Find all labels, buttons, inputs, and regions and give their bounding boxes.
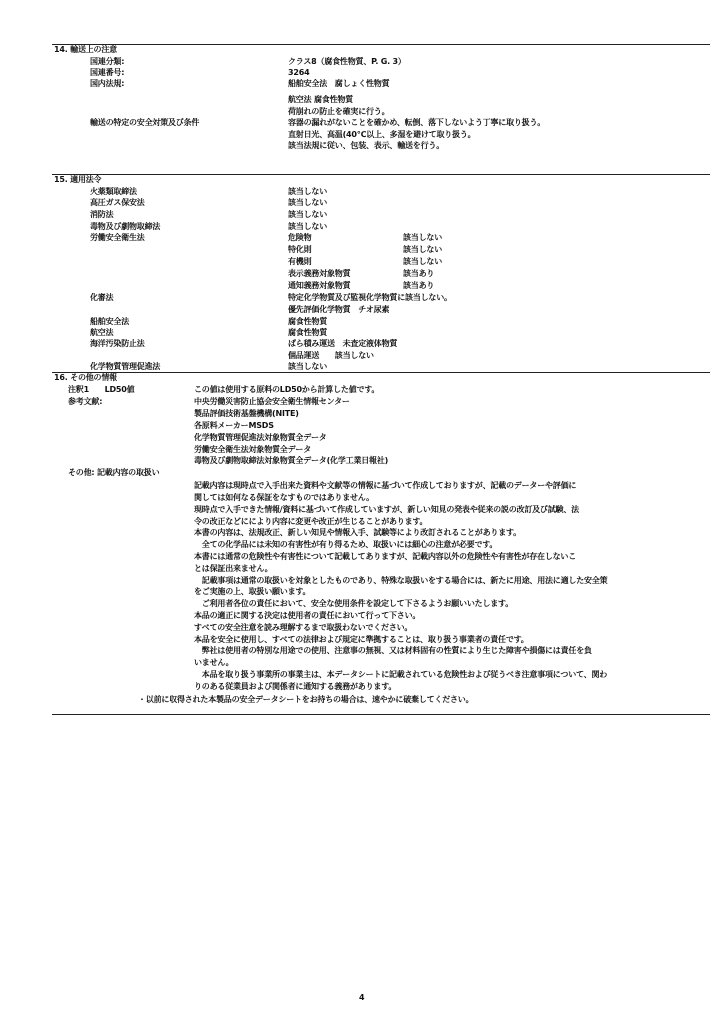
disclaimer-line: 本品を安全に使用し、すべての法律および規定に準拠することは、取り扱う事業者の責任… — [194, 635, 529, 645]
page-number: 4 — [359, 993, 365, 1003]
marine-pollution-law-label: 海洋汚染防止法 — [90, 339, 145, 349]
note1-label: 注釈1 LD50値 — [68, 385, 134, 395]
section-14-top-rule — [52, 44, 710, 45]
labor-item-name: 表示義務対象物質 — [288, 269, 350, 279]
reference-item: 化学物質管理促進法対象物質全データ — [194, 433, 327, 443]
explosives-law-label: 火薬類取締法 — [90, 187, 137, 197]
disclaimer-line: をご実施の上、取扱い願います。 — [194, 587, 310, 597]
aviation-law-value: 航空法 腐食性物質 — [288, 95, 353, 105]
section-15-heading: 15. 適用法令 — [54, 175, 101, 185]
chemical-substances-law-label: 化審法 — [90, 293, 113, 303]
disclaimer-line: 本書の内容は、法規改正、新しい知見や情報入手、試験等により改訂されることがありま… — [194, 528, 521, 538]
special-measures-value-1: 容器の漏れがないことを確かめ、転倒、落下しないよう丁寧に取り扱う。 — [288, 118, 545, 128]
reference-item: 製品評価技術基盤機構(NITE) — [194, 409, 299, 419]
section-15-top-rule — [52, 174, 710, 175]
marine-pollution-law-value: ばら積み運送 未査定液体物質 — [288, 339, 397, 349]
labor-item-status: 該当あり — [403, 269, 434, 279]
reference-item: 各原料メーカーMSDS — [194, 421, 274, 431]
reference-item: 労働安全衛生法対象物質全データ — [194, 445, 311, 455]
disclaimer-line: すべての安全注意を読み理解するまで取扱わないでください。 — [194, 623, 412, 633]
ship-safety-law-value: 腐食性物質 — [288, 317, 327, 327]
fire-service-law-value: 該当しない — [288, 210, 327, 220]
labor-item-name: 危険物 — [288, 233, 311, 243]
aviation-law-label: 航空法 — [90, 328, 113, 338]
disclaimer-line: 本品の適正に関する決定は使用者の責任において行って下さい。 — [194, 611, 420, 621]
section-14-heading: 14. 輸送上の注意 — [54, 45, 117, 55]
special-measures-value-2: 直射日光、高温(40℃以上、多湿を避けて取り扱う。 — [288, 130, 475, 140]
reference-item: 毒物及び劇物取締法対象物質全データ(化学工業日報社) — [194, 456, 388, 466]
special-measures-value-3: 該当法規に従い、包装、表示、輸送を行う。 — [288, 141, 444, 151]
labor-item-name: 有機則 — [288, 257, 311, 267]
disclaimer-line: 全ての化学品には未知の有害性が有り得るため、取扱いには細心の注意が必要です。 — [194, 540, 497, 550]
prtr-law-label: 化学物質管理促進法 — [90, 362, 160, 372]
chemical-substances-law-value-2: 優先評価化学物質 チオ尿素 — [288, 305, 389, 315]
un-number-value: 3264 — [288, 68, 309, 78]
aviation-law-value: 腐食性物質 — [288, 328, 327, 338]
disclaimer-line: 記載内容は現時点で入手出来た資料や文献等の情報に基づいて作成しておりますが、記載… — [194, 481, 576, 491]
references-label: 参考文献: — [68, 397, 102, 407]
labor-item-status: 該当しない — [403, 257, 442, 267]
section-16-heading: 16. その他の情報 — [54, 373, 117, 383]
labor-item-status: 該当しない — [403, 233, 442, 243]
disclaimer-line: 記載事項は通常の取扱いを対象としたものであり、特殊な取扱いをする場合には、新たに… — [194, 576, 607, 586]
poison-law-value: 該当しない — [288, 222, 327, 232]
ship-safety-law-label: 船舶安全法 — [90, 317, 129, 327]
load-collapse-value: 荷崩れの防止を確実に行う。 — [288, 107, 389, 117]
disclaimer-line: 本書には通常の危険性や有害性について記載してありますが、記載内容以外の危険性や有… — [194, 552, 576, 562]
section-16-bottom-rule — [52, 714, 710, 715]
disclaimer-line: 関しては如何なる保証をなすものではありません。 — [194, 493, 374, 503]
other-handling-label: その他: 記載内容の取扱い — [68, 468, 159, 478]
poison-law-label: 毒物及び劇物取締法 — [90, 222, 160, 232]
prtr-law-value: 該当しない — [288, 362, 327, 372]
disclaimer-line: ご利用者各位の責任において、安全な使用条件を設定して下さるようお願いいたします。 — [194, 599, 513, 609]
domestic-regulation-value: 船舶安全法 腐しょく性物質 — [288, 79, 389, 89]
labor-item-name: 特化則 — [288, 245, 311, 255]
special-measures-label: 輸送の特定の安全対策及び条件 — [90, 118, 199, 128]
marine-pollution-law-extra: 個品運送 該当しない — [288, 351, 374, 361]
un-class-label: 国連分類: — [90, 57, 124, 67]
disclaimer-line: 本品を取り扱う事業所の事業主は、本データシートに記載されている危険性および従うべ… — [194, 670, 607, 680]
un-number-label: 国連番号: — [90, 68, 124, 78]
disclaimer-line: 弊社は使用者の特別な用途での使用、注意事の無視、又は材料固有の性質により生じた障… — [194, 646, 592, 656]
disclaimer-line: 現時点で入手できた情報/資料に基づいて作成していますが、新しい知見の発表や従来の… — [194, 505, 579, 515]
un-class-value: クラス8（腐食性物質、P. G. 3） — [288, 57, 406, 67]
labor-item-status: 該当あり — [403, 281, 434, 291]
disclaimer-line: とは保証出来ません。 — [194, 564, 272, 574]
reference-item: 中央労働災害防止協会安全衛生情報センター — [194, 397, 350, 407]
explosives-law-value: 該当しない — [288, 187, 327, 197]
labor-safety-law-label: 労働安全衛生法 — [90, 233, 145, 243]
chemical-substances-law-value-1: 特定化学物質及び監視化学物質に該当しない。 — [288, 293, 452, 303]
disclaimer-line: 令の改正などににより内容に変更や改正が生じることがあります。 — [194, 517, 427, 527]
high-pressure-gas-value: 該当しない — [288, 198, 327, 208]
disclaimer-line: いません。 — [194, 658, 233, 668]
labor-item-status: 該当しない — [403, 245, 442, 255]
fire-service-law-label: 消防法 — [90, 210, 113, 220]
high-pressure-gas-label: 高圧ガス保安法 — [90, 198, 145, 208]
labor-item-name: 通知義務対象物質 — [288, 281, 350, 291]
final-note: ・以前に収得された本製品の安全データシートをお持ちの場合は、速やかに破棄してくだ… — [138, 695, 473, 705]
domestic-regulation-label: 国内法規: — [90, 79, 124, 89]
section-16-top-rule — [52, 372, 710, 373]
disclaimer-line: りのある従業員および関係者に通知する義務があります。 — [194, 682, 396, 692]
note1-value: この値は使用する原料のLD50から計算した値です。 — [194, 385, 379, 395]
